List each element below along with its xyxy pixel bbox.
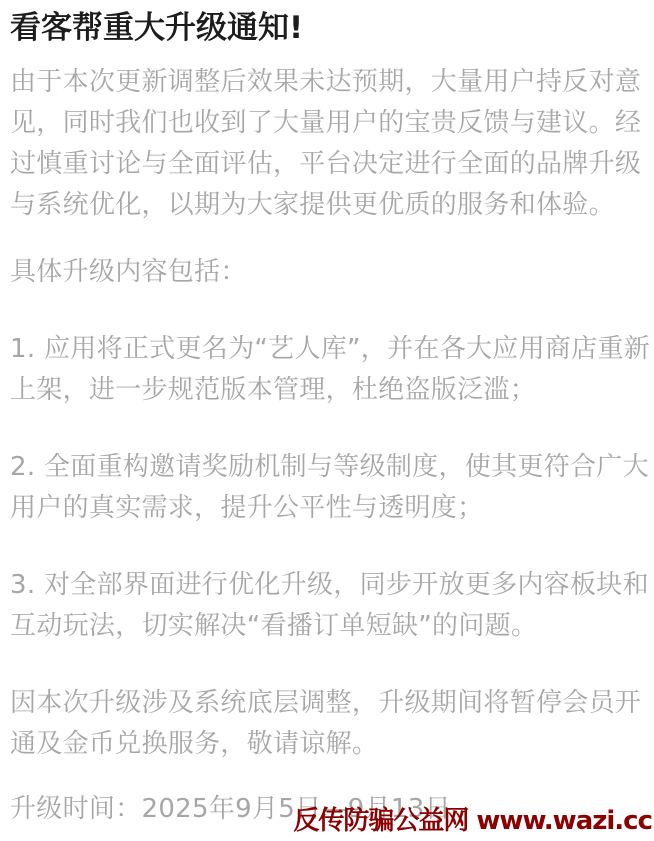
text-line: 用户的真实需求，提升公平性与透明度；	[10, 488, 644, 529]
text-line: 1. 应用将正式更名为“艺人库”，并在各大应用商店重新	[10, 329, 644, 370]
notice-paragraph-item-3: 3. 对全部界面进行优化升级，同步开放更多内容板块和 互动玩法，切实解决“看播订…	[10, 565, 644, 647]
text-line: 由于本次更新调整后效果未达预期，大量用户持反对意	[10, 62, 644, 103]
notice-paragraph-item-2: 2. 全面重构邀请奖励机制与等级制度，使其更符合广大 用户的真实需求，提升公平性…	[10, 447, 644, 529]
text-line: 因本次升级涉及系统底层调整，升级期间将暂停会员开	[10, 683, 644, 724]
notice-paragraph-suspension: 因本次升级涉及系统底层调整，升级期间将暂停会员开 通及金币兑换服务，敬请谅解。	[10, 683, 644, 765]
text-line: 2. 全面重构邀请奖励机制与等级制度，使其更符合广大	[10, 447, 644, 488]
notice-paragraph-upgrade-heading: 具体升级内容包括：	[10, 252, 644, 293]
notice-paragraph-intro: 由于本次更新调整后效果未达预期，大量用户持反对意 见，同时我们也收到了大量用户的…	[10, 62, 644, 226]
text-line: 过慎重讨论与全面评估，平台决定进行全面的品牌升级	[10, 144, 644, 185]
notice-title: 看客帮重大升级通知!	[10, 6, 644, 50]
text-line: 与系统优化，以期为大家提供更优质的服务和体验。	[10, 185, 644, 226]
text-line: 见，同时我们也收到了大量用户的宝贵反馈与建议。经	[10, 103, 644, 144]
notice-paragraph-item-1: 1. 应用将正式更名为“艺人库”，并在各大应用商店重新 上架，进一步规范版本管理…	[10, 329, 644, 411]
text-line: 上架，进一步规范版本管理，杜绝盗版泛滥；	[10, 370, 644, 411]
watermark: 反传防骗公益网 www.wazi.cc	[293, 800, 652, 837]
text-line: 具体升级内容包括：	[10, 252, 644, 293]
text-line: 3. 对全部界面进行优化升级，同步开放更多内容板块和	[10, 565, 644, 606]
text-line: 互动玩法，切实解决“看播订单短缺”的问题。	[10, 606, 644, 647]
notice-page: 看客帮重大升级通知! 由于本次更新调整后效果未达预期，大量用户持反对意 见，同时…	[0, 0, 654, 830]
text-line: 通及金币兑换服务，敬请谅解。	[10, 724, 644, 765]
